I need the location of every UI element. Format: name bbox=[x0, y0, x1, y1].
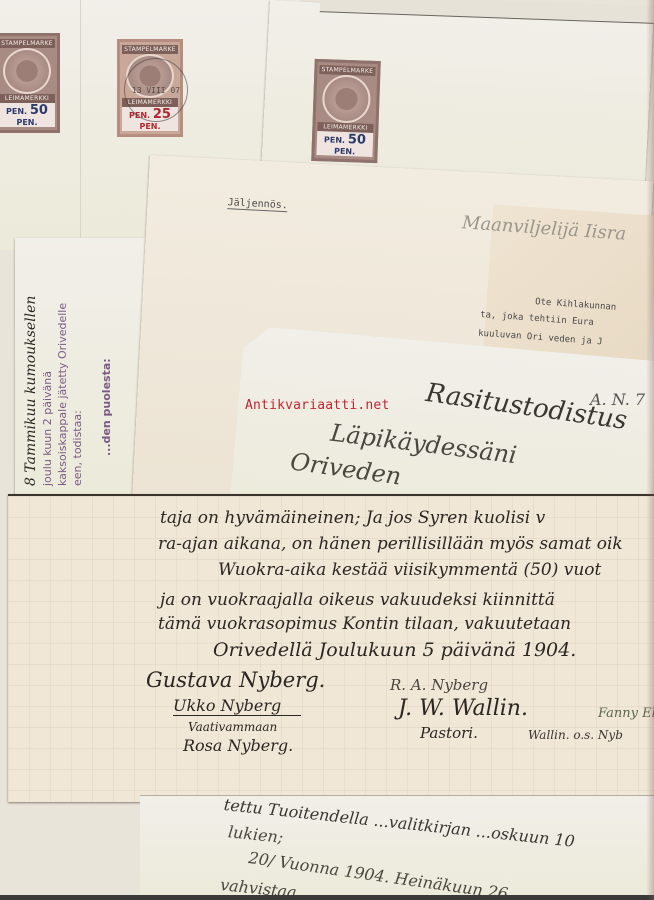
coat-of-arms-icon bbox=[3, 48, 51, 94]
bottom-edge bbox=[0, 895, 654, 900]
contract-line: Wuokra-aika kestää viisikymmentä (50) vu… bbox=[218, 560, 601, 580]
lease-contract-sheet: taja on hyvämäineinen; Ja jos Syren kuol… bbox=[8, 494, 654, 802]
signature: R. A. Nyberg bbox=[390, 676, 488, 694]
coat-of-arms-icon bbox=[322, 74, 372, 124]
signature-caption: Pastori. bbox=[420, 724, 478, 742]
watermark-text: Antikvariaatti.net bbox=[245, 398, 389, 413]
revenue-stamp-50: STAMPELMARKE LEIMAMERKKI PEN. 50 PEN. bbox=[311, 59, 381, 163]
stamp-value: PEN. 50 PEN. bbox=[316, 131, 373, 157]
right-edge-shadow bbox=[646, 0, 654, 900]
contract-line: ra-ajan aikana, on hänen perillisillään … bbox=[158, 534, 623, 554]
signature: Ukko Nyberg bbox=[173, 696, 301, 716]
signature-caption: Vaativammaan bbox=[188, 720, 277, 734]
signature: Rosa Nyberg. bbox=[183, 736, 293, 755]
contract-line: taja on hyvämäineinen; Ja jos Syren kuol… bbox=[160, 508, 545, 528]
stamp-value: PEN. 50 PEN. bbox=[0, 103, 55, 127]
letter-reference: A. N. 7 bbox=[590, 390, 645, 409]
contract-line: tämä vuokrasopimus Kontin tilaan, vakuut… bbox=[158, 614, 571, 634]
contract-line: ja on vuokraajalla oikeus vakuudeksi kii… bbox=[160, 590, 555, 610]
signature: J. W. Wallin. bbox=[398, 696, 528, 721]
signature: Wallin. o.s. Nyb bbox=[528, 728, 623, 742]
postmark-cancel: 13 VIII 07 bbox=[124, 58, 188, 122]
signature: Gustava Nyberg. bbox=[146, 668, 325, 692]
revenue-stamp-50: STAMPELMARKE LEIMAMERKKI PEN. 50 PEN. bbox=[0, 33, 60, 133]
contract-date-line: Orivedellä Joulukuun 5 päivänä 1904. bbox=[213, 639, 576, 661]
